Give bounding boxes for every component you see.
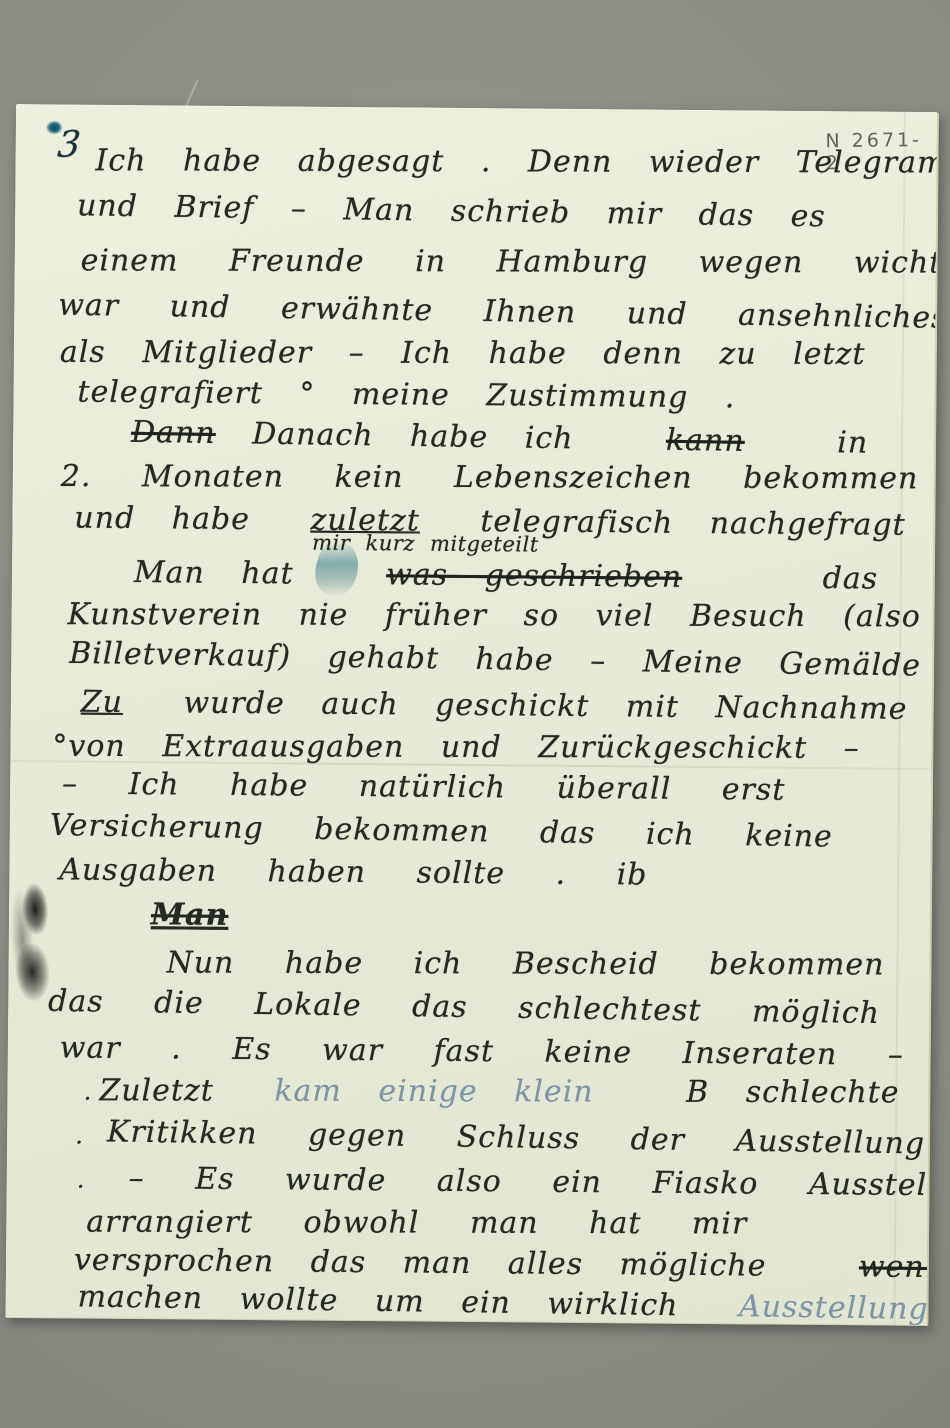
faded-words: kam einige klein (274, 1074, 593, 1110)
word-segment: telegrafisch nachgefragt (480, 504, 906, 543)
word-segment: wurde auch geschickt mit Nachnahme (183, 685, 907, 726)
manuscript-line: und Brief – Man schrieb mir das es (77, 188, 826, 235)
manuscript-line: Man hat was geschrieben das (134, 555, 879, 597)
word-segment: Zuletzt (99, 1073, 214, 1108)
faded-words: Ausstellung veranst . (739, 1289, 939, 1326)
struck-word: kann (666, 423, 745, 459)
manuscript-line: °von Extraausgaben und Zurückgeschickt – (52, 729, 859, 767)
manuscript-line: Ausgaben haben sollte . ib (59, 852, 647, 893)
struck-word: Man (151, 897, 229, 933)
struck-word: was geschrieben (386, 557, 682, 595)
manuscript-line: war . Es war fast keine Inseraten – (60, 1030, 904, 1073)
struck-word: Dann (131, 415, 216, 451)
manuscript-line: war und erwähnte Ihnen und ansehnliches (58, 288, 939, 337)
word-segment: machen wollte um ein wirklich (77, 1279, 678, 1323)
manuscript-line: – Es wurde also ein Fiasko Ausstellung (128, 1161, 938, 1205)
manuscript-line: Zuletzt kam einige klein B schlechte (99, 1073, 899, 1111)
page-number: 3 (56, 124, 82, 166)
manuscript-line: telegrafiert ° meine Zustimmung . (77, 375, 735, 417)
manuscript-line: Kritikken gegen Schluss der Ausstellung (107, 1114, 926, 1162)
manuscript-line: Versicherung bekommen das ich keine (49, 808, 833, 856)
margin-dot: . (83, 1077, 92, 1107)
manuscript-line: Billetverkauf) gehabt habe – Meine Gemäl… (69, 636, 921, 685)
word-segment: Danach habe ich (252, 417, 574, 457)
struck-word: wenn (859, 1249, 939, 1285)
underlined-word: Zu (81, 685, 123, 720)
margin-dot: . (75, 1121, 84, 1151)
manuscript-line: einem Freunde in Hamburg wegen wichtig (81, 243, 939, 281)
manuscript-line: machen wollte um ein wirklich Ausstellun… (77, 1279, 939, 1326)
word-segment: B schlechte (686, 1075, 899, 1111)
manuscript-line: Nun habe ich Bescheid bekommen (166, 946, 884, 984)
inserted-correction: mir kurz mitgeteilt (312, 531, 539, 558)
manuscript-line: Man (151, 897, 229, 934)
manuscript-page: 3 N 2671-2 Ich habe abgesagt . Denn wied… (5, 104, 939, 1326)
margin-dot: . (76, 1165, 85, 1195)
manuscript-line: arrangiert obwohl man hat mir (86, 1205, 747, 1243)
manuscript-line: versprochen das man alles mögliche wenn (74, 1243, 939, 1287)
word-segment: Man hat (134, 555, 294, 591)
manuscript-line: Kunstverein nie früher so viel Besuch (a… (68, 597, 921, 635)
word-segment: versprochen das man alles mögliche (74, 1243, 767, 1284)
photo-backdrop: 3 N 2671-2 Ich habe abgesagt . Denn wied… (0, 0, 950, 1428)
manuscript-line: – Ich habe natürlich überall erst (62, 766, 786, 808)
manuscript-line: 2. Monaten kein Lebenszeichen bekommen (61, 459, 919, 497)
manuscript-line: Zu wurde auch geschickt mit Nachnahme (81, 685, 908, 728)
word-segment: in (837, 425, 868, 460)
manuscript-line: Dann Danach habe ich kann in (131, 415, 869, 462)
manuscript-line: das die Lokale das schlechtest möglich (48, 984, 880, 1032)
manuscript-line: als Mitglieder – Ich habe denn zu letzt (60, 335, 866, 373)
word-segment: das (823, 561, 879, 596)
manuscript-line: Ich habe abgesagt . Denn wieder Telegram (95, 143, 939, 181)
word-segment: und habe (74, 501, 250, 538)
